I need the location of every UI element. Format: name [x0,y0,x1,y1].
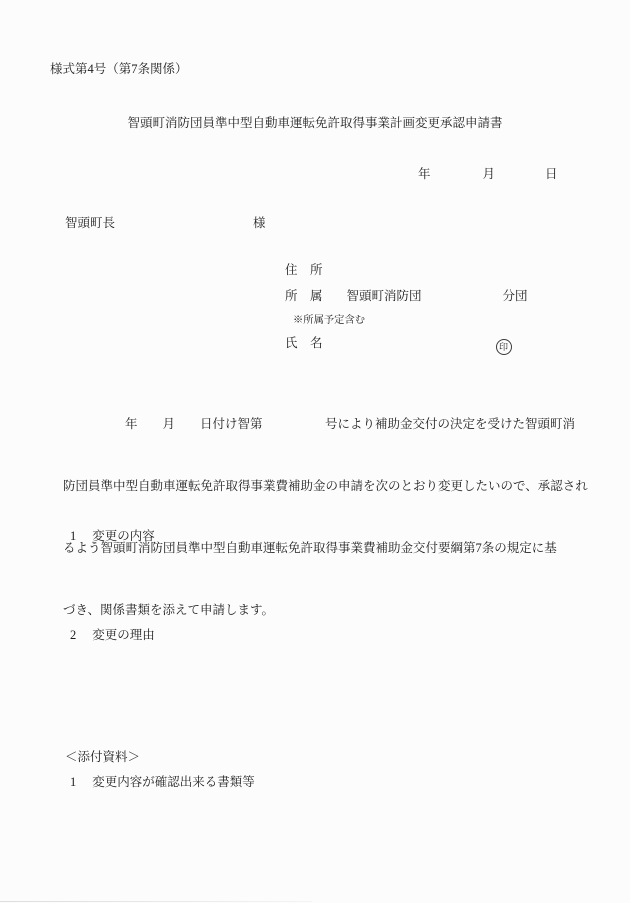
attachment-item: 1変更内容が確認出来る書類等 [70,775,255,790]
item-number: 1 [70,775,76,789]
attachments-heading: ＜添付資料＞ [65,750,140,765]
item-change-content: 1変更の内容 [70,529,155,544]
addressee-name: 智頭町長 [65,216,115,230]
addressee-line: 智頭町長様 [65,216,266,231]
affiliation-note: ※所属予定含む [293,315,365,327]
item-label: 変更内容が確認出来る書類等 [92,775,255,789]
item-change-reason: 2変更の理由 [70,628,155,643]
addressee-honorific: 様 [253,216,266,230]
affiliation-unit-label: 分団 [503,289,528,303]
item-label: 変更の内容 [92,529,155,543]
page-bottom-edge [0,901,312,902]
address-label: 住 所 [285,263,323,278]
affiliation-value: 智頭町消防団 [347,289,422,303]
application-body-paragraph: 年 月 日付け智第 号により補助金交付の決定を受けた智頭町消 防団員準中型自動車… [63,375,583,659]
name-label: 氏 名 [285,336,323,350]
year-label: 年 [418,167,431,181]
name-line: 氏 名印 [285,336,512,355]
form-number: 様式第4号（第7条関係） [50,62,188,77]
document-title: 智頭町消防団員準中型自動車運転免許取得事業計画変更承認申請書 [0,116,630,131]
body-line: づき、関係書類を添えて申請します。 [63,597,583,623]
date-line: 年月日 [418,167,558,182]
item-number: 1 [70,529,76,543]
item-label: 変更の理由 [92,628,155,642]
body-line: 年 月 日付け智第 号により補助金交付の決定を受けた智頭町消 [63,411,583,437]
month-label: 月 [483,167,496,181]
seal-icon: 印 [496,339,512,355]
affiliation-label: 所 属 [285,289,323,303]
item-number: 2 [70,628,76,642]
affiliation-line: 所 属智頭町消防団分団 [285,289,528,304]
body-line: 防団員準中型自動車運転免許取得事業費補助金の申請を次のとおり変更したいので、承認… [63,473,583,499]
day-label: 日 [545,167,558,181]
